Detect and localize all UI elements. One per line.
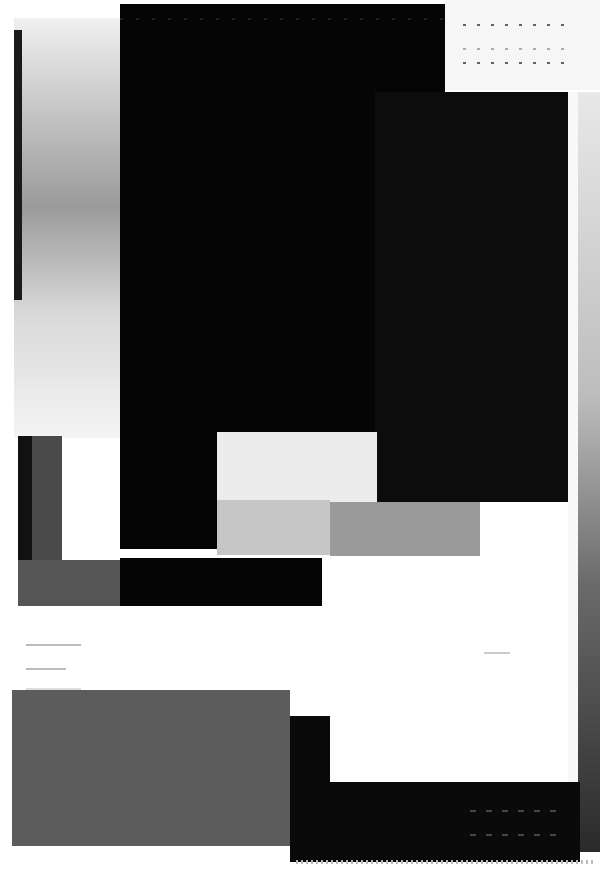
top-right-light-panel	[445, 0, 600, 90]
right-window-gap	[568, 92, 578, 792]
bottom-dark-panel	[290, 782, 580, 862]
center-table-shaded-rows	[217, 500, 330, 555]
black-toolbar-bar[interactable]	[120, 558, 322, 610]
left-lower-bar	[18, 560, 120, 606]
left-list-panel-border	[14, 30, 22, 300]
bottom-status-dots	[296, 860, 596, 864]
bottom-white-margin	[0, 846, 290, 873]
right-dark-window[interactable]	[375, 92, 568, 502]
left-list-panel	[14, 18, 120, 438]
bottom-gray-tab	[12, 690, 60, 716]
